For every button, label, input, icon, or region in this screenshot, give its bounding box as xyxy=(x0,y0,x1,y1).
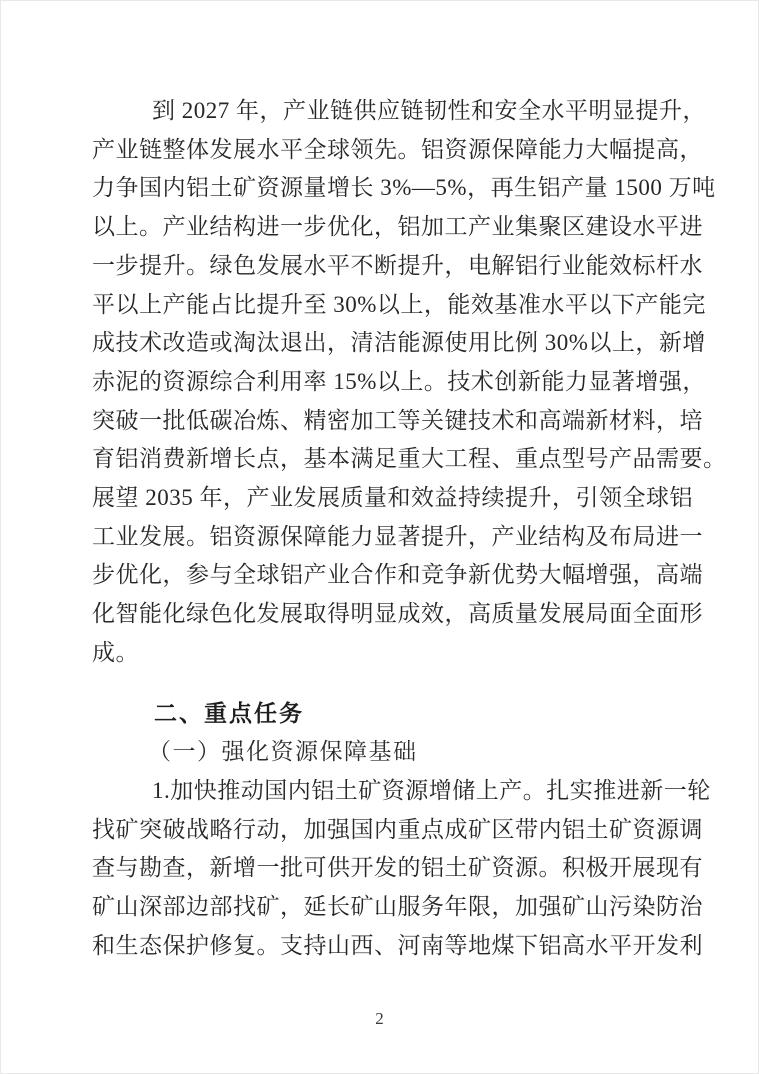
document-body: 到 2027 年，产业链供应链韧性和安全水平明显提升， 产业链整体发展水平全球领… xyxy=(92,92,666,965)
body-text-line: 和生态保护修复。支持山西、河南等地煤下铝高水平开发利 xyxy=(92,927,666,966)
subsection-heading: （一）强化资源保障基础 xyxy=(92,733,666,772)
body-text-line: 成技术改造或淘汰退出，清洁能源使用比例 30%以上，新增 xyxy=(92,324,666,363)
body-text-line: 一步提升。绿色发展水平不断提升，电解铝行业能效标杆水 xyxy=(92,247,666,286)
body-text-line: 突破一批低碳冶炼、精密加工等关键技术和高端新材料，培 xyxy=(92,402,666,441)
body-text-line: 工业发展。铝资源保障能力显著提升，产业结构及布局进一 xyxy=(92,518,666,557)
body-text-line: 到 2027 年，产业链供应链韧性和安全水平明显提升， xyxy=(92,92,666,131)
body-text-line: 展望 2035 年，产业发展质量和效益持续提升，引领全球铝 xyxy=(92,479,666,518)
body-text-line: 产业链整体发展水平全球领先。铝资源保障能力大幅提高， xyxy=(92,131,666,170)
paragraph-resource-security: 1.加快推动国内铝土矿资源增储上产。扎实推进新一轮 找矿突破战略行动，加强国内重… xyxy=(92,772,666,966)
section-heading: 二、重点任务 xyxy=(92,695,666,734)
body-text-line: 1.加快推动国内铝土矿资源增储上产。扎实推进新一轮 xyxy=(92,772,666,811)
body-text-line: 赤泥的资源综合利用率 15%以上。技术创新能力显著增强， xyxy=(92,363,666,402)
document-page: 到 2027 年，产业链供应链韧性和安全水平明显提升， 产业链整体发展水平全球领… xyxy=(0,0,759,1074)
body-text-line: 平以上产能占比提升至 30%以上，能效基准水平以下产能完 xyxy=(92,286,666,325)
body-text-line: 找矿突破战略行动，加强国内重点成矿区带内铝土矿资源调 xyxy=(92,811,666,850)
paragraph-goals: 到 2027 年，产业链供应链韧性和安全水平明显提升， 产业链整体发展水平全球领… xyxy=(92,92,666,673)
body-text-line: 力争国内铝土矿资源量增长 3%—5%，再生铝产量 1500 万吨 xyxy=(92,169,666,208)
body-text-line: 以上。产业结构进一步优化，铝加工产业集聚区建设水平进 xyxy=(92,208,666,247)
body-text-line: 育铝消费新增长点，基本满足重大工程、重点型号产品需要。 xyxy=(92,440,666,479)
page-number: 2 xyxy=(1,1009,758,1029)
body-text-line: 查与勘查，新增一批可供开发的铝土矿资源。积极开展现有 xyxy=(92,849,666,888)
body-text-line: 成。 xyxy=(92,634,666,673)
body-text-line: 矿山深部边部找矿，延长矿山服务年限，加强矿山污染防治 xyxy=(92,888,666,927)
body-text-line: 步优化，参与全球铝产业合作和竞争新优势大幅增强，高端 xyxy=(92,556,666,595)
body-text-line: 化智能化绿色化发展取得明显成效，高质量发展局面全面形 xyxy=(92,595,666,634)
